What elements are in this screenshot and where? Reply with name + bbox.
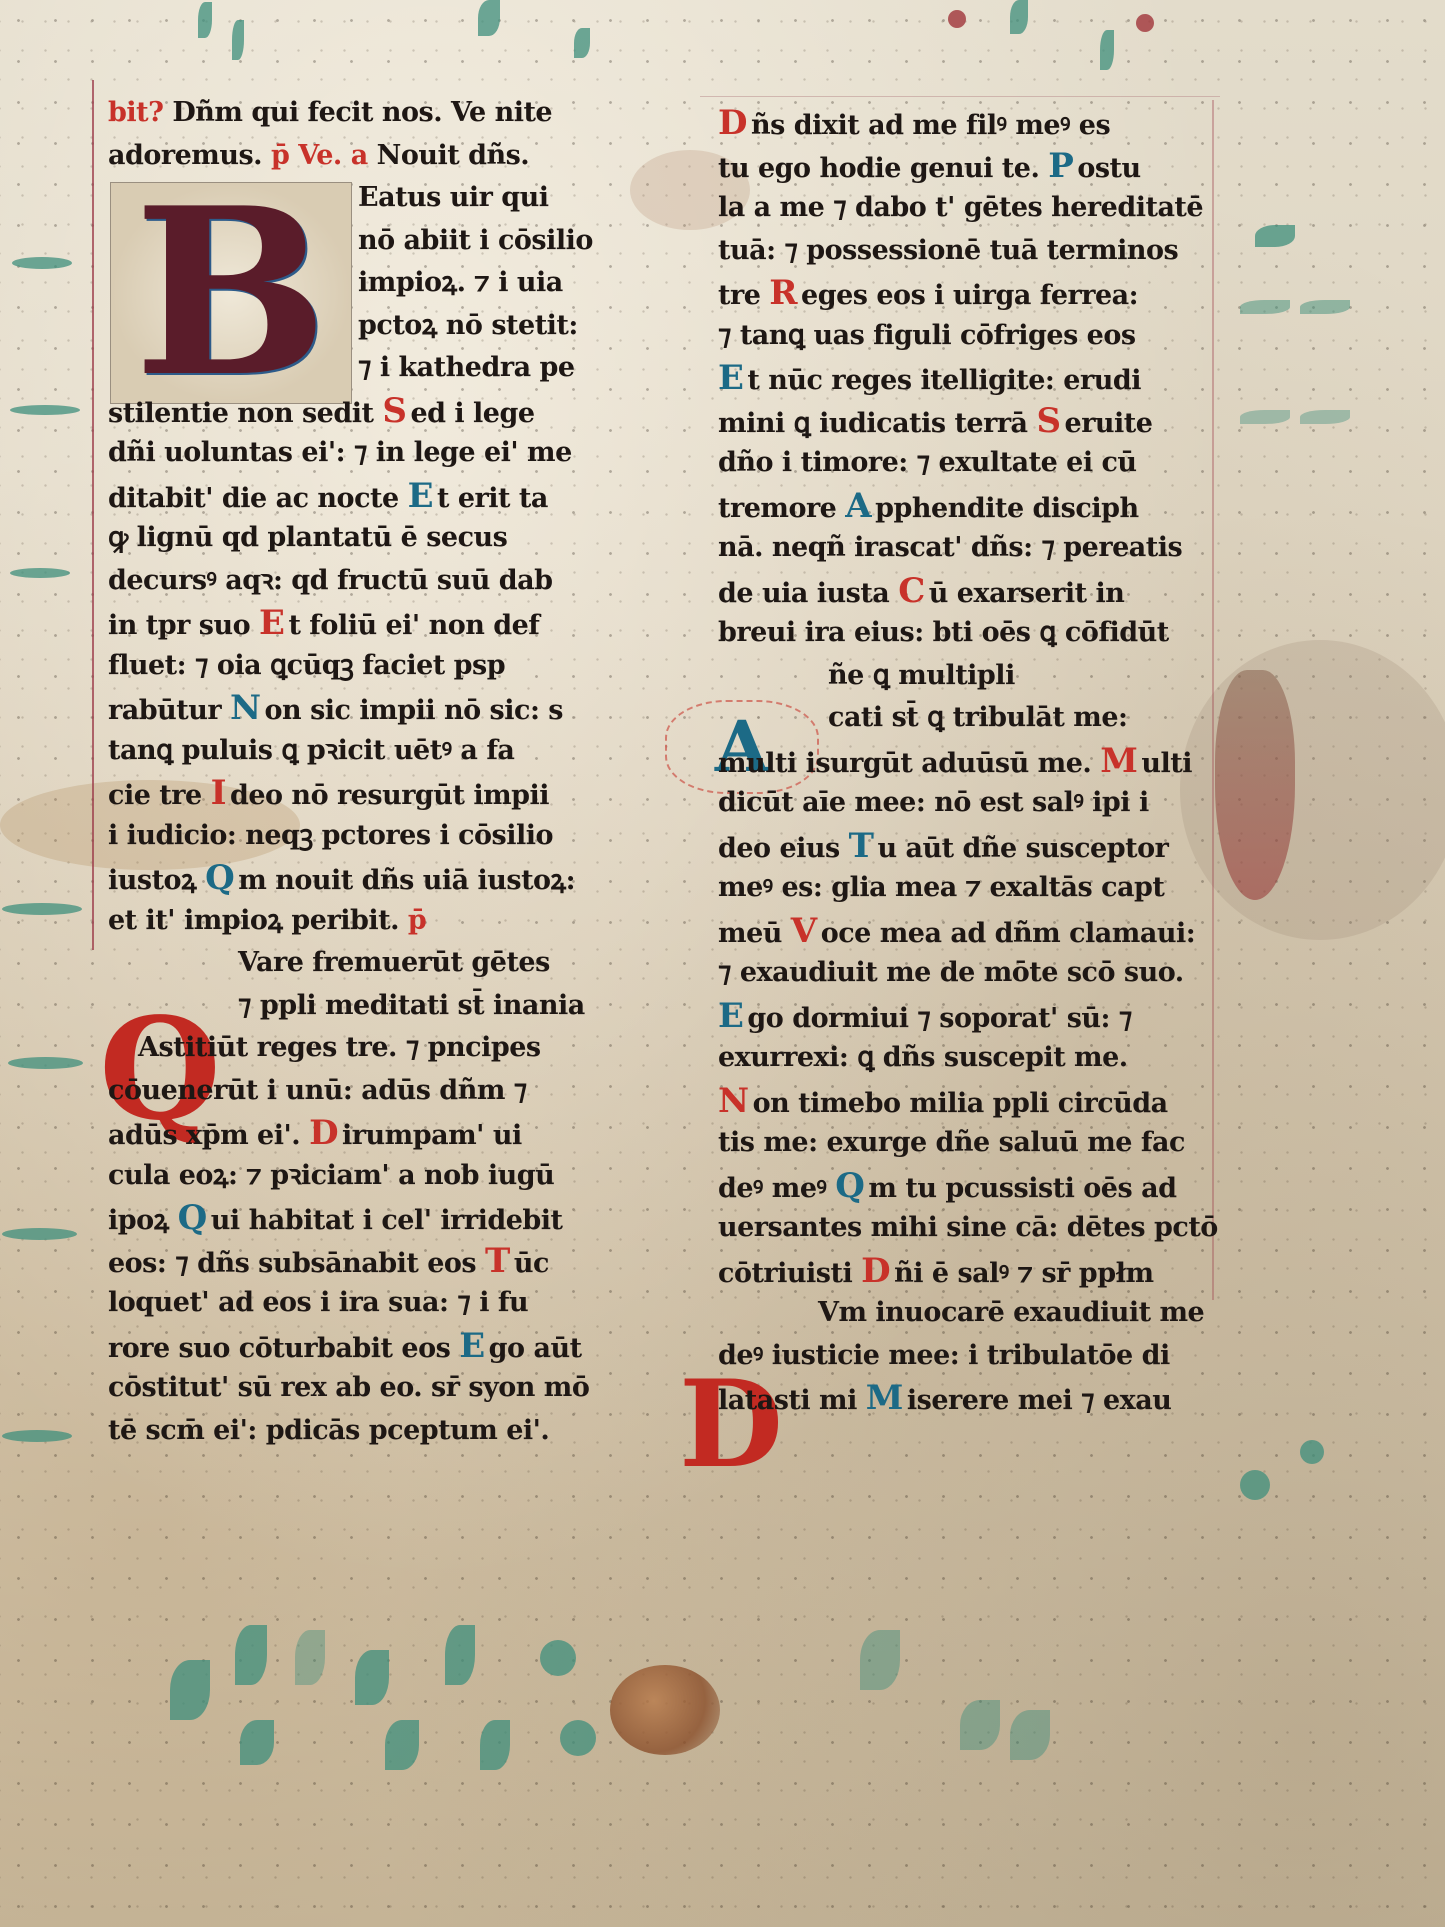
blue-initial: T bbox=[849, 825, 874, 868]
text-line: adūs xp̄m ei'. Dirumpam' ui bbox=[108, 1112, 628, 1155]
line-text: on timebo milia ppli circūda bbox=[753, 1088, 1168, 1119]
rubric-initial: C bbox=[898, 570, 925, 613]
leaf-spray bbox=[1300, 410, 1350, 424]
leaf-spray bbox=[1240, 410, 1290, 424]
rubric-initial: D bbox=[718, 102, 747, 145]
line-text: cula eoꝝ: ⁊ pꝛiciam' a nob iugū bbox=[108, 1160, 554, 1191]
text-line: decursꝰ aqꝛ: qd fructū suū dab bbox=[108, 560, 628, 603]
rubric-initial: N bbox=[718, 1080, 749, 1123]
line-text: ditabit' die ac nocte bbox=[108, 483, 399, 514]
text-line: cōtriuisti Dñi ē salꝰ ⁊ sr̄ ppłm bbox=[718, 1250, 1218, 1293]
line-text: Dñm qui fecit nos. Ve nite bbox=[172, 97, 552, 128]
line-text: et it' impioꝝ peribit. bbox=[108, 905, 399, 936]
line-text: dicūt aīe mee: nō est salꝰ ipi i bbox=[718, 787, 1149, 818]
line-text: t erit ta bbox=[437, 483, 548, 514]
left-column: bit? Dñm qui fecit nos. Ve nite adoremus… bbox=[108, 92, 628, 1452]
text-line: nō abiit i cōsilio bbox=[108, 220, 628, 263]
line-text: la a me ⁊ dabo t' gētes hereditatē bbox=[718, 192, 1203, 223]
line-text: de uia iusta bbox=[718, 578, 889, 609]
text-line: Dñs dixit ad me filꝰ meꝰ es bbox=[718, 102, 1218, 145]
text-line: Eatus uir qui bbox=[108, 177, 628, 220]
line-text: dñi uoluntas ei': ⁊ in lege ei' me bbox=[108, 437, 572, 468]
line-text: pctoꝝ nō stetit: bbox=[358, 310, 578, 341]
text-line: ditabit' die ac nocte Et erit ta bbox=[108, 475, 628, 518]
rubric-initial: T bbox=[485, 1240, 510, 1283]
text-line: dñi uoluntas ei': ⁊ in lege ei' me bbox=[108, 432, 628, 475]
text-line: stilentie non sedit Sed i lege bbox=[108, 390, 628, 433]
blue-initial: E bbox=[459, 1325, 484, 1368]
line-text: loquet' ad eos i ira sua: ⁊ i fu bbox=[108, 1287, 528, 1318]
line-text: pphendite disciph bbox=[875, 493, 1138, 524]
line-text: fluet: ⁊ oia ꝗcūqꝫ faciet psp bbox=[108, 650, 505, 681]
line-text: Nouit dñs. bbox=[377, 140, 530, 171]
line-text: deꝰ iusticie mee: i tribulatōe di bbox=[718, 1340, 1170, 1371]
text-line: in tpr suo Et foliū ei' non def bbox=[108, 602, 628, 645]
line-text: ⁊ tanꝗ uas figuli cōfriges eos bbox=[718, 320, 1136, 351]
text-line: deꝰ meꝰ Qm tu pcussisti oēs ad bbox=[718, 1165, 1218, 1208]
line-text: Vare fremuerūt gētes bbox=[238, 947, 550, 978]
line-text: m nouit dñs uiā iustoꝝ: bbox=[238, 865, 575, 896]
line-text: tanꝗ puluis ꝗ pꝛicit uētꝰ a fa bbox=[108, 735, 514, 766]
text-line: tremore Apphendite disciph bbox=[718, 485, 1218, 528]
line-text: impioꝝ. ⁊ i uia bbox=[358, 267, 563, 298]
leaf-ornament bbox=[385, 1720, 419, 1770]
line-text: tu ego hodie genui te. bbox=[718, 153, 1039, 184]
rubric-initial: R bbox=[769, 272, 797, 315]
rubric-initial: M bbox=[1100, 740, 1137, 783]
rubric-initial: D bbox=[861, 1250, 890, 1293]
line-text: cōtriuisti bbox=[718, 1258, 852, 1289]
text-line: deo eius Tu aūt dñe susceptor bbox=[718, 825, 1218, 868]
line-text: decursꝰ aqꝛ: qd fructū suū dab bbox=[108, 565, 553, 596]
text-line: tuā: ⁊ possessionē tuā terminos bbox=[718, 230, 1218, 273]
leaf-spray bbox=[1300, 300, 1350, 314]
text-line: meꝰ es: glia mea ⁊ exaltās capt bbox=[718, 867, 1218, 910]
text-line: pctoꝝ nō stetit: bbox=[108, 305, 628, 348]
flower-ornament bbox=[1136, 14, 1154, 32]
line-text: on sic impii nō sic: s bbox=[265, 695, 563, 726]
rubric-initial: D bbox=[309, 1112, 338, 1155]
text-line: fluet: ⁊ oia ꝗcūqꝫ faciet psp bbox=[108, 645, 628, 688]
faded-red-figure bbox=[1215, 670, 1295, 900]
line-text: nō abiit i cōsilio bbox=[358, 225, 593, 256]
text-line: adoremus. p̄ Ve. a Nouit dñs. bbox=[108, 135, 628, 178]
text-line: exurrexi: ꝗ dñs suscepit me. bbox=[718, 1037, 1218, 1080]
bird-ornament bbox=[610, 1665, 720, 1755]
text-line: ñe ꝗ multipli bbox=[718, 655, 1218, 698]
line-text: deꝰ meꝰ bbox=[718, 1173, 826, 1204]
text-line: rabūtur Non sic impii nō sic: s bbox=[108, 687, 628, 730]
text-line: Vare fremuerūt gētes bbox=[108, 942, 628, 985]
text-line: uersantes mihi sine cā: dētes pctōꝝ bbox=[718, 1207, 1218, 1250]
line-text: ostu bbox=[1077, 153, 1140, 184]
leaf-ornament bbox=[1010, 1710, 1050, 1760]
line-text: m tu pcussisti oēs ad bbox=[868, 1173, 1176, 1204]
line-text: rabūtur bbox=[108, 695, 221, 726]
text-line: cula eoꝝ: ⁊ pꝛiciam' a nob iugū bbox=[108, 1155, 628, 1198]
line-text: mini ꝗ iudicatis terrā bbox=[718, 408, 1028, 439]
blue-initial: P bbox=[1048, 145, 1073, 188]
line-text: ⁊ exaudiuit me de mōte scō suo. bbox=[718, 957, 1184, 988]
leaf-spray bbox=[2, 903, 82, 915]
line-text: adūs xp̄m ei'. bbox=[108, 1120, 300, 1151]
rubric-initial: S bbox=[1036, 400, 1060, 443]
text-line: latasti mi Miserere mei ⁊ exau bbox=[718, 1377, 1218, 1420]
leaf-ornament bbox=[478, 0, 500, 36]
text-line: ꝙ lignū qd plantatū ē secus bbox=[108, 517, 628, 560]
blue-initial: E bbox=[408, 475, 433, 518]
text-line: Vm inuocarē exaudiuit me bbox=[718, 1292, 1218, 1335]
leaf-ornament bbox=[540, 1640, 576, 1676]
leaf-ornament bbox=[860, 1630, 900, 1690]
line-text: ꝙ lignū qd plantatū ē secus bbox=[108, 522, 507, 553]
line-text: u aūt dñe susceptor bbox=[877, 833, 1168, 864]
blue-initial: Q bbox=[205, 857, 234, 900]
line-text: ūc bbox=[514, 1248, 549, 1279]
line-text: cōstitut' sū rex ab eo. sr̄ syon mō bbox=[108, 1372, 589, 1403]
line-text: stilentie non sedit bbox=[108, 398, 373, 429]
text-line: rore suo cōturbabit eos Ego aūt bbox=[108, 1325, 628, 1368]
leaf-ornament bbox=[960, 1700, 1000, 1750]
text-line: ⁊ exaudiuit me de mōte scō suo. bbox=[718, 952, 1218, 995]
text-line: cati st̄ ꝗ tribulāt me: bbox=[718, 697, 1218, 740]
line-text: eos: ⁊ dñs subsānabit eos bbox=[108, 1248, 476, 1279]
text-line: Non timebo milia ppli circūda bbox=[718, 1080, 1218, 1123]
leaf-spray bbox=[1300, 1440, 1324, 1464]
text-line: meū Voce mea ad dñm clamaui: bbox=[718, 910, 1218, 953]
text-line: eos: ⁊ dñs subsānabit eos Tūc bbox=[108, 1240, 628, 1283]
text-line: dño i timore: ⁊ exultate ei cū bbox=[718, 442, 1218, 485]
blue-initial: A bbox=[845, 485, 871, 528]
line-text: meū bbox=[718, 918, 782, 949]
line-text: go aūt bbox=[489, 1333, 582, 1364]
line-text: dño i timore: ⁊ exultate ei cū bbox=[718, 447, 1137, 478]
leaf-ornament bbox=[1010, 0, 1028, 34]
rubric-initial: S bbox=[382, 390, 406, 433]
text-line: tre Reges eos i uirga ferrea: bbox=[718, 272, 1218, 315]
line-text: ñs dixit ad me filꝰ meꝰ es bbox=[751, 110, 1110, 141]
text-line: impioꝝ. ⁊ i uia bbox=[108, 262, 628, 305]
line-text: eges eos i uirga ferrea: bbox=[801, 280, 1138, 311]
leaf-spray bbox=[2, 1228, 77, 1240]
leaf-spray bbox=[12, 257, 72, 269]
rubric: p̄ Ve. a bbox=[271, 140, 368, 171]
line-text: iserere mei ⁊ exau bbox=[907, 1385, 1171, 1416]
rubric: p̄ bbox=[408, 905, 426, 936]
blue-initial: N bbox=[230, 687, 261, 730]
leaf-spray bbox=[1240, 300, 1290, 314]
leaf-spray bbox=[1255, 225, 1295, 247]
line-text: Eatus uir qui bbox=[358, 182, 549, 213]
line-text: ipoꝝ bbox=[108, 1205, 169, 1236]
text-line: la a me ⁊ dabo t' gētes hereditatē bbox=[718, 187, 1218, 230]
blue-initial: Q bbox=[835, 1165, 864, 1208]
line-text: ulti bbox=[1141, 748, 1192, 779]
text-line: de uia iusta Cū exarserit in bbox=[718, 570, 1218, 613]
leaf-ornament bbox=[240, 1720, 274, 1765]
text-line: deꝰ iusticie mee: i tribulatōe di bbox=[718, 1335, 1218, 1378]
text-line: breui ira eius: bti oēs ꝗ cōfidūt bbox=[718, 612, 1218, 655]
line-text: iustoꝝ bbox=[108, 865, 196, 896]
rubric-initial: E bbox=[259, 602, 284, 645]
rubric-initial: V bbox=[791, 910, 817, 953]
blue-initial: E bbox=[718, 357, 743, 400]
leaf-spray bbox=[10, 405, 80, 415]
text-line: cōstitut' sū rex ab eo. sr̄ syon mō bbox=[108, 1367, 628, 1410]
text-line: Et nūc reges itelligite: erudi bbox=[718, 357, 1218, 400]
line-text: rore suo cōturbabit eos bbox=[108, 1333, 450, 1364]
line-text: in tpr suo bbox=[108, 610, 250, 641]
text-line: nā. neqñ irascat' dñs: ⁊ pereatis bbox=[718, 527, 1218, 570]
line-text: tis me: exurge dñe saluū me fac bbox=[718, 1127, 1185, 1158]
line-text: Astitiūt reges tre. ⁊ pncipes bbox=[138, 1032, 541, 1063]
leaf-ornament bbox=[295, 1630, 325, 1685]
leaf-ornament bbox=[232, 20, 244, 60]
text-line: i iudicio: neqꝫ pctores i cōsilio bbox=[108, 815, 628, 858]
text-line: tanꝗ puluis ꝗ pꝛicit uētꝰ a fa bbox=[108, 730, 628, 773]
line-text: exurrexi: ꝗ dñs suscepit me. bbox=[718, 1042, 1128, 1073]
rubric: bit? bbox=[108, 97, 163, 128]
text-line: dicūt aīe mee: nō est salꝰ ipi i bbox=[718, 782, 1218, 825]
line-text: cati st̄ ꝗ tribulāt me: bbox=[828, 702, 1127, 733]
line-text: cōuenerūt i unū: adūs dñm ⁊ bbox=[108, 1075, 527, 1106]
text-line: tu ego hodie genui te. Postu bbox=[718, 145, 1218, 188]
text-line: ⁊ i kathedra pe bbox=[108, 347, 628, 390]
text-line: loquet' ad eos i ira sua: ⁊ i fu bbox=[108, 1282, 628, 1325]
text-line: ipoꝝ Qui habitat i cel' irridebit bbox=[108, 1197, 628, 1240]
ruling-line-top bbox=[700, 96, 1220, 97]
manuscript-page: B Q A D bit? Dñm qui fecit nos. Ve nite … bbox=[0, 0, 1445, 1927]
ruling-line-left bbox=[92, 80, 94, 950]
blue-initial: M bbox=[866, 1377, 903, 1420]
flower-ornament bbox=[948, 10, 966, 28]
leaf-spray bbox=[10, 568, 70, 578]
text-line: cie tre Ideo nō resurgūt impii bbox=[108, 772, 628, 815]
blue-initial: E bbox=[718, 995, 743, 1038]
line-text: uersantes mihi sine cā: dētes pctōꝝ bbox=[718, 1212, 1218, 1243]
line-text: tremore bbox=[718, 493, 836, 524]
text-line: iustoꝝ Qm nouit dñs uiā iustoꝝ: bbox=[108, 857, 628, 900]
leaf-ornament bbox=[235, 1625, 267, 1685]
line-text: ⁊ ppli meditati st̄ inania bbox=[238, 990, 585, 1021]
line-text: tre bbox=[718, 280, 760, 311]
line-text: tuā: ⁊ possessionē tuā terminos bbox=[718, 235, 1178, 266]
line-text: ⁊ i kathedra pe bbox=[358, 352, 575, 383]
text-line: et it' impioꝝ peribit. p̄ bbox=[108, 900, 628, 943]
text-line: tis me: exurge dñe saluū me fac bbox=[718, 1122, 1218, 1165]
leaf-ornament bbox=[445, 1625, 475, 1685]
line-text: ñi ē salꝰ ⁊ sr̄ ppłm bbox=[894, 1258, 1153, 1289]
line-text: cie tre bbox=[108, 780, 202, 811]
text-line: bit? Dñm qui fecit nos. Ve nite bbox=[108, 92, 628, 135]
text-line: multi isurgūt aduūsū me. Multi bbox=[718, 740, 1218, 783]
line-text: t nūc reges itelligite: erudi bbox=[747, 365, 1141, 396]
leaf-ornament bbox=[198, 2, 212, 38]
line-text: tē scm̄ ei': pdicās pceptum ei'. bbox=[108, 1415, 549, 1446]
line-text: meꝰ es: glia mea ⁊ exaltās capt bbox=[718, 872, 1164, 903]
line-text: deo eius bbox=[718, 833, 840, 864]
text-line: ⁊ ppli meditati st̄ inania bbox=[108, 985, 628, 1028]
line-text: ui habitat i cel' irridebit bbox=[211, 1205, 563, 1236]
line-text: oce mea ad dñm clamaui: bbox=[821, 918, 1196, 949]
leaf-ornament bbox=[574, 28, 590, 58]
line-text: adoremus. bbox=[108, 140, 262, 171]
leaf-spray bbox=[2, 1430, 72, 1442]
leaf-ornament bbox=[355, 1650, 389, 1705]
line-text: go dormiui ⁊ soporat' sū: ⁊ bbox=[747, 1003, 1131, 1034]
line-text: latasti mi bbox=[718, 1385, 857, 1416]
leaf-spray bbox=[8, 1057, 83, 1069]
text-line: cōuenerūt i unū: adūs dñm ⁊ bbox=[108, 1070, 628, 1113]
leaf-ornament bbox=[170, 1660, 210, 1720]
rubric-initial: I bbox=[211, 772, 226, 815]
line-text: multi isurgūt aduūsū me. bbox=[718, 748, 1091, 779]
right-column: Dñs dixit ad me filꝰ meꝰ es tu ego hodie… bbox=[718, 102, 1218, 1420]
leaf-ornament bbox=[480, 1720, 510, 1770]
line-text: irumpam' ui bbox=[342, 1120, 522, 1151]
leaf-spray bbox=[1240, 1470, 1270, 1500]
line-text: ū exarserit in bbox=[929, 578, 1125, 609]
line-text: i iudicio: neqꝫ pctores i cōsilio bbox=[108, 820, 553, 851]
line-text: breui ira eius: bti oēs ꝗ cōfidūt bbox=[718, 617, 1169, 648]
leaf-ornament bbox=[560, 1720, 596, 1756]
line-text: ed i lege bbox=[410, 398, 534, 429]
text-line: mini ꝗ iudicatis terrā Seruite bbox=[718, 400, 1218, 443]
line-text: deo nō resurgūt impii bbox=[230, 780, 549, 811]
text-line: tē scm̄ ei': pdicās pceptum ei'. bbox=[108, 1410, 628, 1453]
text-line: Ego dormiui ⁊ soporat' sū: ⁊ bbox=[718, 995, 1218, 1038]
text-line: Astitiūt reges tre. ⁊ pncipes bbox=[108, 1027, 628, 1070]
text-line: ⁊ tanꝗ uas figuli cōfriges eos bbox=[718, 315, 1218, 358]
blue-initial: Q bbox=[178, 1197, 207, 1240]
line-text: Vm inuocarē exaudiuit me bbox=[818, 1297, 1204, 1328]
line-text: ñe ꝗ multipli bbox=[828, 660, 1015, 691]
line-text: nā. neqñ irascat' dñs: ⁊ pereatis bbox=[718, 532, 1182, 563]
leaf-ornament bbox=[1100, 30, 1114, 70]
line-text: eruite bbox=[1065, 408, 1153, 439]
line-text: t foliū ei' non def bbox=[288, 610, 539, 641]
